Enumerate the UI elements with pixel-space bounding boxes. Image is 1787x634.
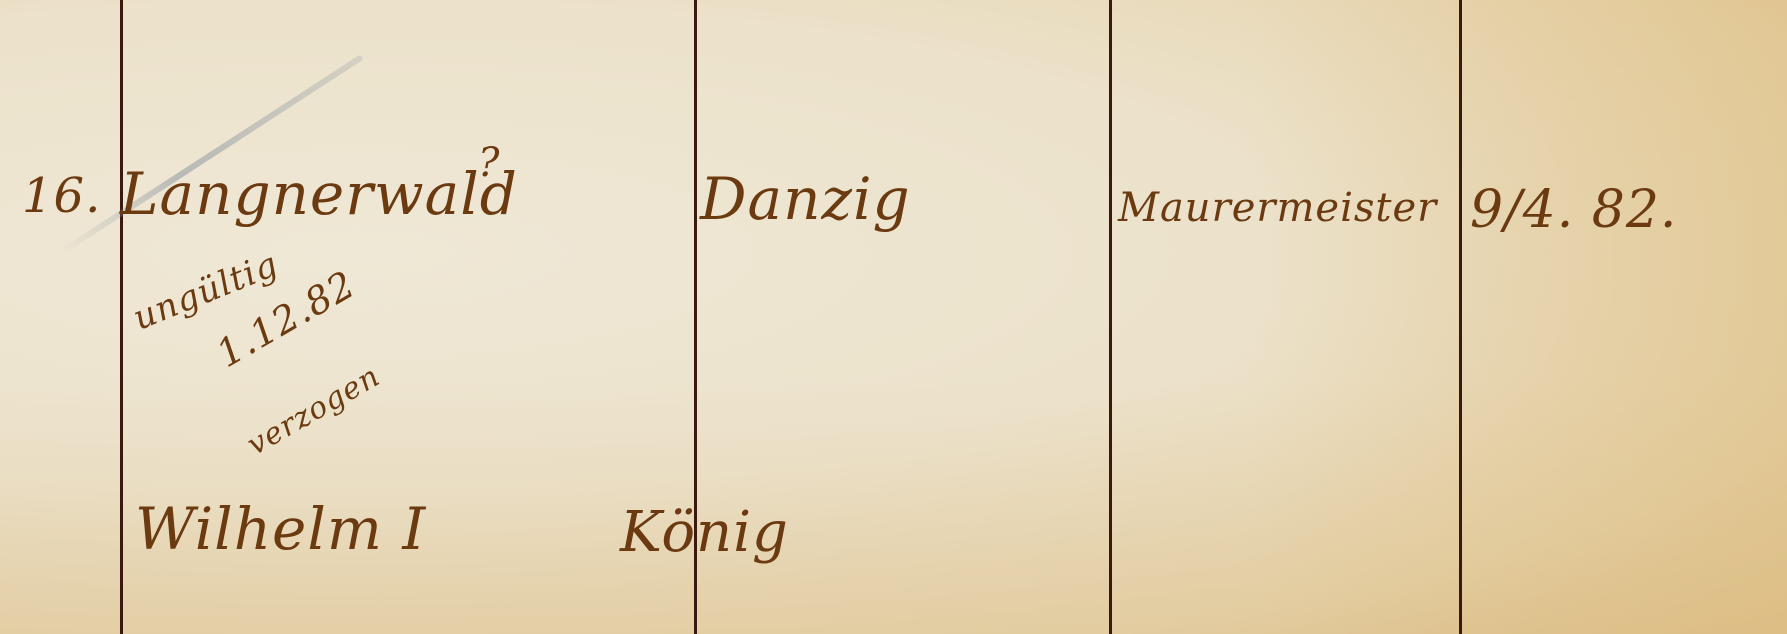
column-rule-1 [120,0,123,634]
place-query-mark: ? [478,140,500,186]
town-name: Danzig [700,165,911,233]
occupation: Maurermeister [1118,185,1437,231]
signature-name: Wilhelm I [135,495,426,563]
signature-title: König [620,500,789,565]
annotation-line-3: verzogen [241,359,386,463]
register-page: 16. Langnerwald ? ungültig 1.12.82 verzo… [0,0,1787,634]
entry-date: 9/4. 82. [1470,180,1677,240]
entry-number: 16. [22,168,101,224]
column-rule-4 [1459,0,1462,634]
place-name: Langnerwald [120,160,518,228]
column-rule-3 [1109,0,1112,634]
